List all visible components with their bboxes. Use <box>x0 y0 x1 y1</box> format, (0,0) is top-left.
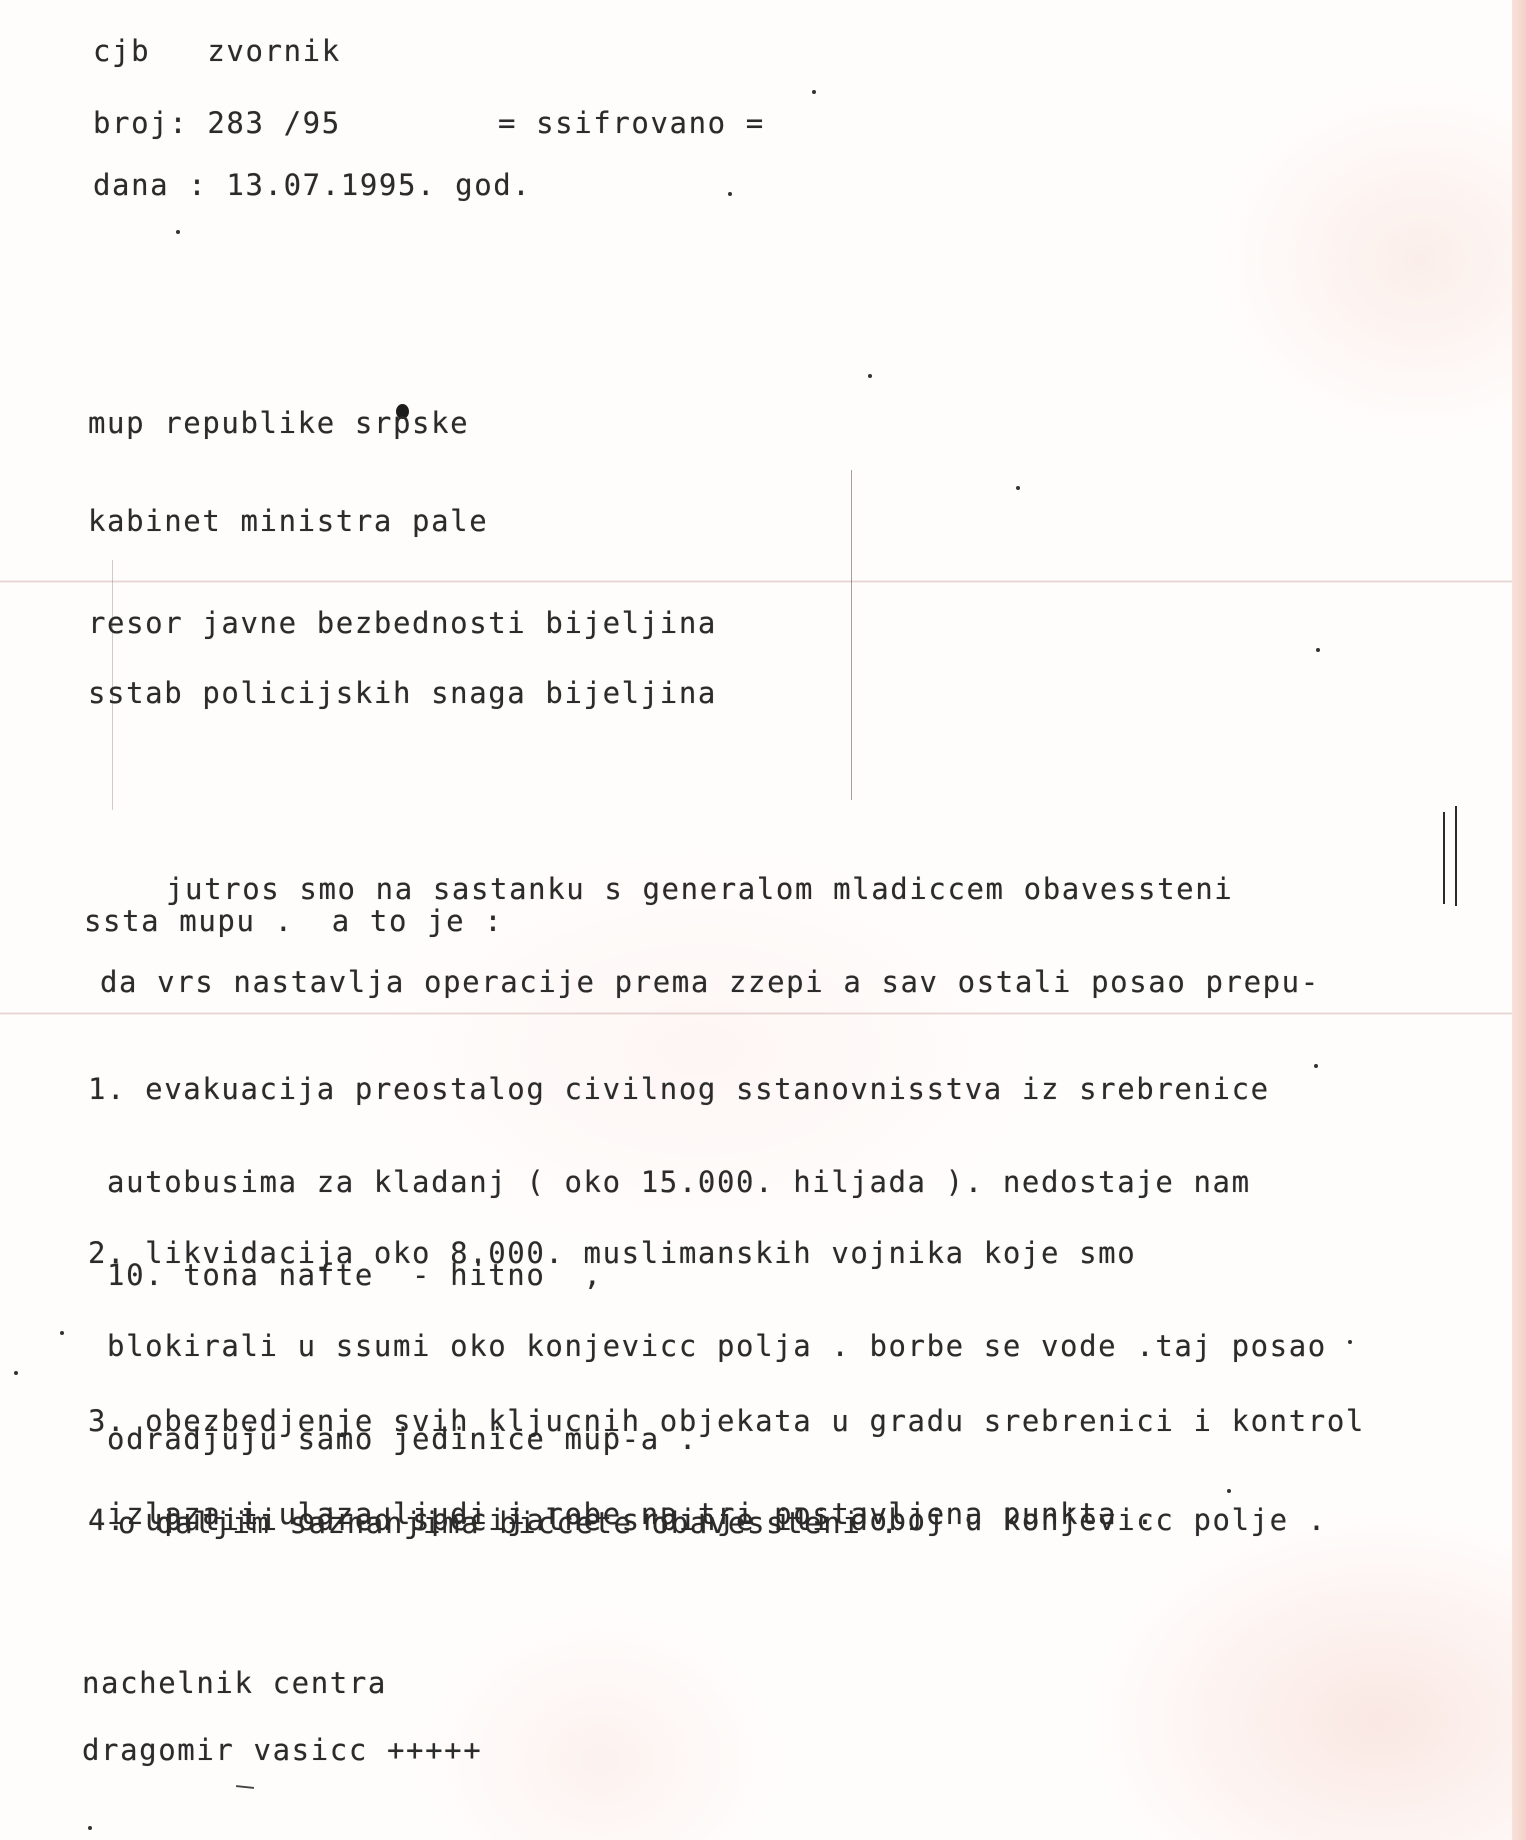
margin-mark-bar <box>1455 806 1457 906</box>
paper-speck <box>728 192 732 196</box>
document-number: broj: 283 /95 <box>93 108 341 139</box>
scanned-document-page: cjb zvornik broj: 283 /95 = ssifrovano =… <box>0 0 1526 1840</box>
paper-speck <box>1316 648 1320 652</box>
list-item-line: 2. likvidacija oko 8.000. muslimanskih v… <box>88 1238 1327 1269</box>
classification-label: = ssifrovano = <box>498 108 765 139</box>
recipient-line: sstab policijskih snaga bijeljina <box>88 678 717 709</box>
paper-speck <box>812 90 816 94</box>
margin-mark-bar <box>1443 812 1445 904</box>
recipient-line: resor javne bezbednosti bijeljina <box>88 608 717 639</box>
signature-title: nachelnik centra <box>82 1668 387 1699</box>
paper-speck <box>868 374 872 378</box>
intro-line: jutros smo na sastanku s generalom mladi… <box>100 874 1320 905</box>
intro-line: da vrs nastavlja operacije prema zzepi a… <box>100 967 1320 998</box>
paper-speck <box>1016 486 1020 490</box>
document-date: dana : 13.07.1995. god. <box>93 170 531 201</box>
intro-continuation: ssta mupu . a to je : <box>84 906 503 937</box>
closing-line: o daljim saznanjima biccete obavessteni … <box>118 1508 899 1539</box>
pen-mark <box>236 1785 254 1789</box>
paper-speck <box>88 1826 92 1830</box>
fold-crease-upper <box>0 580 1512 583</box>
paper-speck <box>1314 1064 1318 1068</box>
office-name: cjb zvornik <box>93 36 341 67</box>
list-item-line: 3. obezbedjenje svih kljucnih objekata u… <box>88 1406 1365 1437</box>
paper-speck <box>14 1371 18 1375</box>
fold-crease-vertical <box>851 470 852 800</box>
paper-edge-stain <box>1512 0 1526 1840</box>
paper-speck <box>60 1331 64 1335</box>
recipient-line: mup republike srpske <box>88 408 469 439</box>
signature-name: dragomir vasicc +++++ <box>82 1735 482 1766</box>
paper-speck <box>176 230 180 234</box>
list-item-line: 1. evakuacija preostalog civilnog sstano… <box>88 1074 1270 1105</box>
recipient-line: kabinet ministra pale <box>88 506 488 537</box>
